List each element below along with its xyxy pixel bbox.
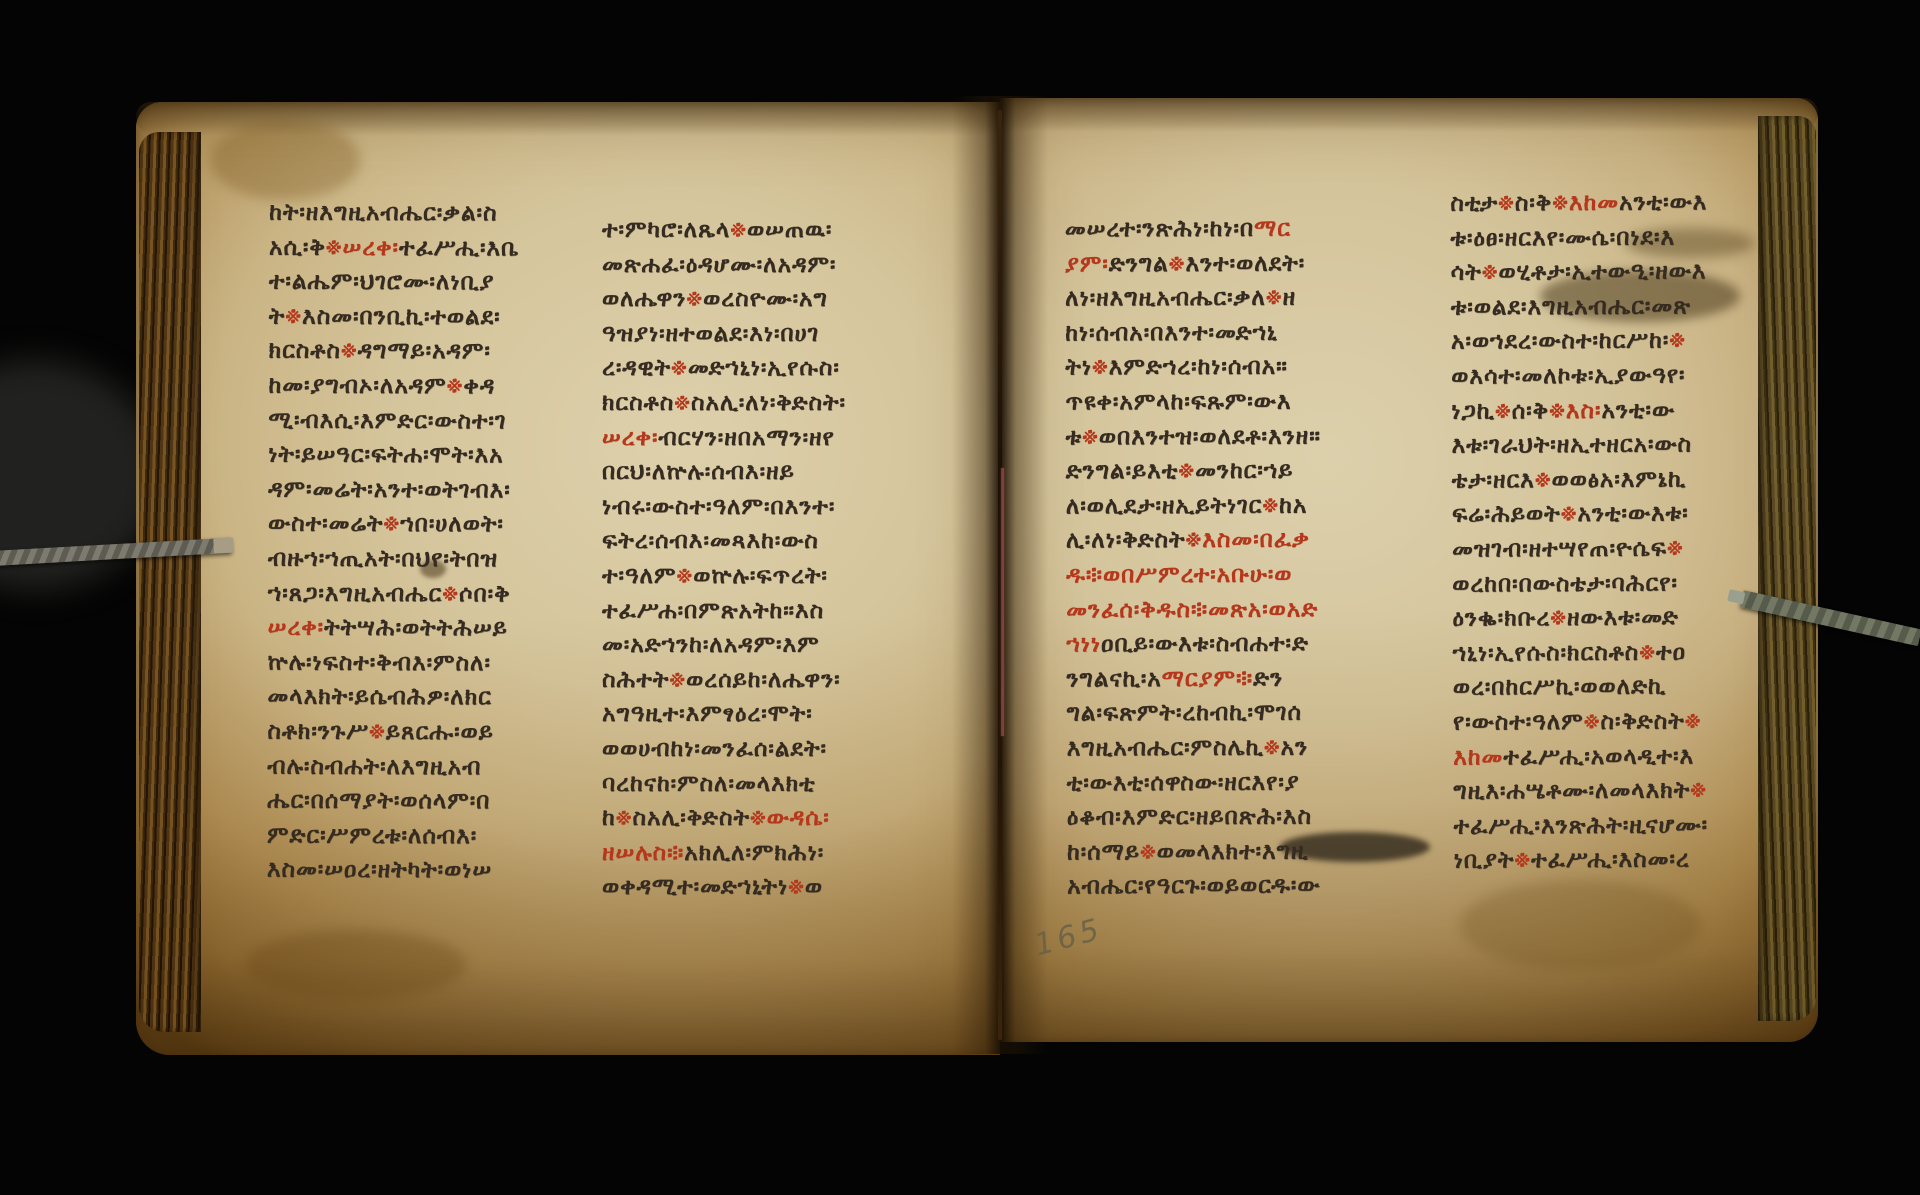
- black-ink-text: ወረከበ፡በውስቴታ፡ባሕርየ፡: [1452, 570, 1678, 597]
- text-line: ውስተ፡መሬት፠ኀበ፡ሀለወት፡: [268, 507, 519, 542]
- black-ink-text: ቱ፡ወልደ፡እግዚአብሔር፡መጽ: [1451, 293, 1691, 320]
- black-ink-text: ቱ: [1066, 424, 1083, 450]
- black-ink-text: ወመላእክተ፡እግዚ: [1157, 838, 1309, 865]
- black-ink-text: ተፈሥሒ፡እንጽሕት፡ዚናሆሙ፡: [1453, 812, 1708, 839]
- black-ink-text: ብሉ፡ስብሐት፡ለእግዚአብ: [267, 753, 481, 780]
- black-ink-text: ንግልናኪ፡አ: [1066, 666, 1161, 692]
- black-ink-text: ወሠጠዉ፡: [747, 217, 832, 243]
- rubric-red-ink: ፠: [1550, 605, 1567, 631]
- text-line: ፍሬ፡ሕይወት፠አንቲ፡ውእቱ፡: [1452, 497, 1709, 533]
- black-ink-text: ዕቆብ፡እምድር፡ዘይበጽሕ፡እስ: [1067, 804, 1312, 831]
- black-ink-text: መዝገብ፡ዘተሣየጠ፡ዮሴፍ: [1452, 535, 1667, 562]
- right-page-column-1: መሠረተ፡ንጽሕነ፡ከነ፡በማርያም፡ድንግል፠እንተ፡ወለደት፡ለነ፡ዘእግዚ…: [1065, 212, 1323, 905]
- black-ink-text: ወረሰይከ፡ለሔዋን፡: [686, 667, 840, 693]
- black-ink-text: ወረ፡በከርሥኪ፡ወወለድኪ: [1453, 674, 1667, 701]
- text-line: ወረ፡በከርሥኪ፡ወወለድኪ: [1453, 670, 1710, 706]
- black-ink-text: እስመ፡በንቢኪ፡ተወልደ፡: [302, 303, 501, 330]
- black-ink-text: ተፈሥሐ፡በምጽአትከ።እስ: [602, 598, 824, 624]
- black-ink-text: ትትሣሕ፡ወትትሕሠይ: [324, 615, 508, 642]
- text-line: ድንግል፡ይእቲ፠መንከር፡ኀይ: [1066, 454, 1321, 489]
- black-ink-text: ሊ፡ለነ፡ቅድስት: [1066, 527, 1186, 553]
- black-ink-text: ት: [269, 303, 286, 329]
- text-line: ነቢያት፠ተፈሥሒ፡እስመ፡ረ: [1454, 843, 1711, 879]
- black-ink-text: ነቢያት: [1454, 848, 1515, 874]
- rubric-red-ink: ፠: [1082, 424, 1099, 450]
- black-ink-text: ከ፡ሰማይ: [1067, 839, 1140, 865]
- rubric-red-ink: ፠: [369, 719, 386, 745]
- black-ink-text: አሲ፡ቅ: [269, 234, 326, 260]
- black-ink-text: ወ: [805, 874, 823, 900]
- text-line: ብዙኀ፡ኀጢአት፡በህየ፡ትበዝ: [268, 542, 519, 577]
- text-line: ዘሠሉስ፨አክሊለ፡ምክሕነ፡: [602, 836, 846, 871]
- page-top-shadow: [136, 102, 1000, 136]
- rubric-red-ink: ፠: [1185, 527, 1202, 553]
- black-ink-text: ሚ፡ብእሲ፡እምድር፡ውስተ፡ገ: [268, 407, 506, 434]
- black-ink-text: አክሊለ፡ምክሕነ፡: [684, 840, 824, 866]
- black-ink-text: ይጸርሑ፡ወይ: [386, 719, 494, 745]
- black-ink-text: እንተ፡ወለደት፡: [1185, 250, 1305, 276]
- rubric-red-ink: ፠: [671, 355, 688, 381]
- text-line: ጥዩቀ፡አምላከ፡ፍጹም፡ውእ: [1065, 385, 1320, 420]
- text-line: ባረከናከ፡ምስለ፡መላእክቲ: [602, 767, 846, 802]
- black-ink-text: አብሔር፡የዓርጉ፡ወይወርዱ፡ው: [1067, 873, 1320, 900]
- black-ink-text: ዓዝያነ፡ዘተወልደ፡እነ፡በሀገ: [602, 321, 819, 347]
- black-ink-text: ወቀዳሚተ፡መድኀኒትነ: [602, 874, 788, 900]
- black-ink-text: ዘ: [1283, 285, 1297, 311]
- rubric-red-ink: ፠: [1262, 492, 1279, 518]
- left-page-column-1: ከት፡ዘእግዚአብሔር፡ቃል፡ስአሲ፡ቅ፠ሠረቀ፡ተፈሥሒ፡እቤተ፡ልሔም፡ህገ…: [267, 196, 520, 889]
- black-ink-text: ተ፡ልሔም፡ህገሮሙ፡ለነቢያ: [269, 269, 495, 296]
- black-ink-text: እስመ፡ሠዐረ፡ዘትካት፡ወነሠ: [267, 857, 492, 884]
- black-ink-text: ኀኒነ፡ኢየሱስ፡ክርስቶስ: [1453, 639, 1640, 666]
- black-ink-text: የ፡ውስተ፡ዓለም: [1453, 709, 1584, 736]
- rubric-red-ink: ፠: [1266, 285, 1283, 311]
- black-ink-text: ዐቢይ፡ውእቱ፡ስብሐተ፡ድ: [1101, 631, 1309, 658]
- rubric-red-ink: ፠: [1639, 639, 1656, 665]
- right-page-column-2: ስቲታ፠ስ፡ቅ፠እከመአንቲ፡ውእቱ፡ዕፀ፡ዘርእየ፡ሙሴ፡በነደ፡እሳት፠ወሂ…: [1450, 185, 1711, 878]
- text-line: ሳት፠ወሂቶታ፡ኢተውዒ፡ዘውእ: [1451, 255, 1708, 291]
- black-ink-text: ስአሊ፡ቅድስት: [632, 805, 750, 831]
- black-ink-text: ድንግል: [1109, 251, 1169, 277]
- rubric-red-ink: ፠: [341, 338, 358, 364]
- left-page-column-2: ተ፡ምካሮ፡ለጼላ፠ወሠጠዉ፡መጽሐፈ፡ዕዳሆሙ፡ለአዳም፡ወለሔዋን፠ወረስዮ…: [602, 213, 846, 905]
- text-line: ያም፡ድንግል፠እንተ፡ወለደት፡: [1065, 246, 1320, 281]
- black-ink-text: ወረስዮሙ፡አግ: [703, 286, 828, 312]
- text-line: ኀነነዐቢይ፡ውእቱ፡ስብሐተ፡ድ: [1066, 627, 1321, 662]
- black-ink-text: አንቲ፡ው: [1601, 397, 1675, 423]
- text-line: የ፡ውስተ፡ዓለም፠ስ፡ቅድስት፠: [1453, 704, 1710, 740]
- text-line: ቲ፡ውእቲ፡ሰዋስው፡ዘርእየ፡ያ: [1067, 765, 1322, 800]
- black-ink-text: ተ፡ምካሮ፡ለጼላ: [602, 217, 730, 243]
- text-line: ስሕተት፠ወረሰይከ፡ለሔዋን፡: [602, 663, 846, 698]
- rubric-red-ink: ፠: [1690, 777, 1707, 803]
- text-line: ወለሔዋን፠ወረስዮሙ፡አግ: [602, 282, 846, 317]
- black-ink-text: መንከር፡ኀይ: [1195, 458, 1293, 484]
- text-line: ኵሉ፡ነፍስተ፡ቅብእ፡ምስለ፡: [268, 645, 519, 680]
- rubric-red-ink: ፠: [1535, 467, 1552, 493]
- black-ink-text: ከ: [602, 805, 616, 831]
- black-ink-text: ለ፡ወሊደታ፡ዘኢይትነገር: [1066, 493, 1263, 520]
- text-line: ከነ፡ሰብአ፡በእንተ፡መድኀኒ: [1065, 315, 1320, 350]
- black-ink-text: ግዚእ፡ሐሤቶሙ፡ለመላእክት: [1453, 778, 1690, 805]
- black-ink-text: ምድር፡ሥምረቱ፡ለሰብእ፡: [267, 822, 477, 849]
- rubric-red-ink: ፠ውዳሴ፡: [750, 805, 830, 831]
- black-ink-text: ሳት: [1451, 260, 1482, 286]
- text-line: መ፡አድኀንከ፡ለአዳም፡እም: [602, 628, 846, 663]
- text-line: ኀኒነ፡ኢየሱስ፡ክርስቶስ፠ተዐ: [1453, 635, 1710, 671]
- black-ink-text: ጥዩቀ፡አምላከ፡ፍጹም፡ውእ: [1065, 389, 1291, 416]
- text-line: መዝገብ፡ዘተሣየጠ፡ዮሴፍ፠: [1452, 531, 1709, 567]
- black-ink-text: ዳም፡መሬት፡አንተ፡ወትገብእ፡: [268, 476, 511, 503]
- black-ink-text: ግል፡ፍጽምት፡ረከብኪ፡ሞገሰ: [1066, 700, 1301, 727]
- rubric-red-ink: ፠: [285, 303, 302, 329]
- text-line: ተ፡ምካሮ፡ለጼላ፠ወሠጠዉ፡: [602, 213, 846, 248]
- rubric-red-ink: ፠: [676, 563, 693, 589]
- text-line: ስቲታ፠ስ፡ቅ፠እከመአንቲ፡ውእ: [1450, 185, 1707, 221]
- text-line: ሔር፡በሰማያት፡ወሰላም፡በ: [267, 784, 518, 819]
- rubric-red-ink: ፠: [1178, 458, 1195, 484]
- black-ink-text: ከአ: [1279, 492, 1307, 518]
- black-ink-text: ወበእንተዝ፡ወለደቶ፡እንዘ።: [1099, 423, 1321, 450]
- rubric-red-ink: ፠: [1669, 328, 1686, 354]
- rubric-red-ink: ዘሠሉስ፨: [602, 840, 684, 866]
- text-line: ት፠እስመ፡በንቢኪ፡ተወልደ፡: [269, 299, 520, 334]
- black-ink-text: መላእክት፡ይሴብሕዎ፡ለክር: [267, 684, 492, 711]
- rubric-red-ink: ፠: [788, 874, 805, 900]
- black-ink-text: ስአሊ፡ለነ፡ቅድስት፡: [691, 390, 846, 416]
- text-line: ወቀዳሚተ፡መድኀኒትነ፠ወ: [602, 870, 846, 905]
- text-line: ዳም፡መሬት፡አንተ፡ወትገብእ፡: [268, 472, 519, 507]
- black-ink-text: ተ፡ዓለም: [602, 563, 676, 589]
- rubric-red-ink: ፠: [1498, 190, 1515, 216]
- rubric-red-ink: ፠: [1264, 735, 1281, 761]
- page-top-shadow: [1000, 98, 1818, 132]
- black-ink-text: ለነ፡ዘእግዚአብሔር፡ቃለ: [1065, 285, 1266, 312]
- black-ink-text: ስ፡ቅድስት: [1600, 708, 1684, 734]
- black-ink-text: ተፈሥሒ፡እስመ፡ረ: [1531, 847, 1690, 874]
- black-ink-text: ብርሃን፡ዘበአማን፡ዘየ: [658, 425, 834, 451]
- rubric-red-ink: ማር: [1254, 216, 1291, 242]
- text-line: ወእሳተ፡መለኮቱ፡ኢያውዓየ፡: [1451, 358, 1708, 394]
- black-ink-text: ብዙኀ፡ኀጢአት፡በህየ፡ትበዝ: [268, 546, 498, 573]
- rubric-red-ink: ሠረቀ፡: [602, 425, 658, 451]
- rubric-red-ink: እስመ፡በፈቃ: [1202, 527, 1310, 553]
- text-line: ዕቆብ፡እምድር፡ዘይበጽሕ፡እስ: [1067, 800, 1322, 835]
- text-line: ተፈሥሒ፡እንጽሕት፡ዚናሆሙ፡: [1453, 808, 1710, 844]
- black-ink-text: ከት፡ዘእግዚአብሔር፡ቃል፡ስ: [269, 200, 497, 227]
- text-line: ለነ፡ዘእግዚአብሔር፡ቃለ፠ዘ: [1065, 281, 1320, 316]
- text-line: ሊ፡ለነ፡ቅድስት፠እስመ፡በፈቃ: [1066, 523, 1321, 558]
- text-line: ተፈሥሐ፡በምጽአትከ።እስ: [602, 594, 846, 629]
- black-ink-text: ወወፅአ፡እምኔኪ: [1551, 466, 1686, 493]
- black-ink-text: ፍሬ፡ሕይወት: [1452, 501, 1561, 528]
- rubric-red-ink: ፠: [442, 581, 459, 607]
- text-line: ነት፡ይሠዓር፡ፍትሐ፡ሞት፡እአ: [268, 438, 519, 473]
- black-ink-text: ተፈሥሒ፡አወላዲተ፡እ: [1503, 743, 1694, 770]
- rubric-red-ink: ፠: [1514, 848, 1531, 874]
- rubric-red-ink: ፠እስ፡: [1549, 397, 1601, 423]
- text-line: ረ፡ዳዊት፠መድኀኒነ፡ኢየሱስ፡: [602, 351, 846, 386]
- rubric-red-ink: ፠: [1667, 535, 1684, 561]
- black-ink-text: ኵሉ፡ነፍስተ፡ቅብእ፡ምስለ፡: [268, 649, 491, 676]
- text-line: ነጋኪ፠ሰ፡ቅ፠እስ፡አንቲ፡ው: [1451, 393, 1708, 429]
- text-line: ወረከበ፡በውስቴታ፡ባሕርየ፡: [1452, 566, 1709, 602]
- text-line: ወወሀብከነ፡መንፈሰ፡ልደት፡: [602, 732, 846, 767]
- rubric-red-ink: ፠: [1169, 251, 1186, 277]
- black-ink-text: ወለሔዋን: [602, 286, 686, 312]
- binding-thread: [1001, 468, 1004, 736]
- black-ink-text: እቱ፡ገራህት፡ዘኢተዘርአ፡ውስ: [1451, 432, 1692, 459]
- black-ink-text: ውስተ፡መሬት: [268, 511, 383, 537]
- black-ink-text: አግዓዚተ፡እምፃዕረ፡ሞት፡: [602, 701, 813, 727]
- black-ink-text: ፍትረ፡ሰብእ፡መጻእከ፡ውስ: [602, 528, 819, 554]
- black-ink-text: ዕንቈ፡ክቡረ: [1452, 605, 1550, 632]
- text-line: ፍትረ፡ሰብእ፡መጻእከ፡ውስ: [602, 524, 846, 559]
- rubric-red-ink: ፠: [1584, 709, 1601, 735]
- rubric-red-ink: ፠: [383, 511, 400, 537]
- rubric-red-ink: ፠: [1561, 501, 1578, 527]
- text-line: ዱ፨ወበሥምረተ፡አቡሁ፡ወ: [1066, 557, 1321, 592]
- rubric-red-ink: ፠: [1482, 260, 1499, 286]
- text-line: ለ፡ወሊደታ፡ዘኢይትነገር፠ከአ: [1066, 488, 1321, 523]
- black-ink-text: አንቲ፡ውእ: [1619, 189, 1707, 215]
- black-ink-text: አን: [1281, 735, 1309, 761]
- black-ink-text: ስሕተት: [602, 667, 669, 693]
- black-ink-text: ነጋኪ: [1451, 398, 1495, 424]
- black-ink-text: ከነ፡ሰብአ፡በእንተ፡መድኀኒ: [1065, 319, 1278, 346]
- text-line: በርህ፡ለኵሉ፡ሰብእ፡ዘይ: [602, 455, 846, 490]
- rubric-red-ink: ፠: [686, 286, 703, 312]
- text-line: ቱ፠ወበእንተዝ፡ወለደቶ፡እንዘ።: [1066, 419, 1321, 454]
- black-ink-text: ሰ፡ቅ: [1512, 398, 1550, 424]
- black-ink-text: ኀ፡ጸጋ፡እግዚአብሔር: [268, 580, 443, 607]
- text-line: ክርስቶስ፠ስአሊ፡ለነ፡ቅድስት፡: [602, 386, 846, 421]
- black-ink-text: ወሂቶታ፡ኢተውዒ፡ዘውእ: [1498, 259, 1706, 286]
- black-ink-text: እግዚአብሔር፡ምስሌኪ: [1067, 735, 1264, 762]
- black-ink-text: ድንግል፡ይእቲ: [1066, 458, 1179, 484]
- text-line: ሚ፡ብእሲ፡እምድር፡ውስተ፡ገ: [268, 403, 519, 438]
- text-line: ዓዝያነ፡ዘተወልደ፡እነ፡በሀገ: [602, 317, 846, 352]
- black-ink-text: ባረከናከ፡ምስለ፡መላእክቲ: [602, 771, 816, 797]
- black-ink-text: አንቲ፡ውእቱ፡: [1577, 501, 1688, 528]
- rubric-red-ink: ያም፡: [1065, 251, 1109, 277]
- text-line: እቱ፡ገራህት፡ዘኢተዘርአ፡ውስ: [1451, 427, 1708, 463]
- text-line: ስቶክ፡ንጉሥ፠ይጸርሑ፡ወይ: [267, 714, 518, 749]
- text-line: አግዓዚተ፡እምፃዕረ፡ሞት፡: [602, 697, 846, 732]
- text-line: አሲ፡ቅ፠ሠረቀ፡ተፈሥሒ፡እቤ: [269, 230, 520, 265]
- black-ink-text: መ፡አድኀንከ፡ለአዳም፡እም: [602, 632, 820, 658]
- black-ink-text: ነብሩ፡ውስተ፡ዓለም፡በእንተ፡: [602, 494, 835, 520]
- text-line: ተ፡ልሔም፡ህገሮሙ፡ለነቢያ: [269, 265, 520, 300]
- black-ink-text: ወኵሉ፡ፍጥረት፡: [693, 563, 828, 589]
- text-line: ነብሩ፡ውስተ፡ዓለም፡በእንተ፡: [602, 490, 846, 525]
- left-page: [136, 102, 1000, 1055]
- black-ink-text: በርህ፡ለኵሉ፡ሰብእ፡ዘይ: [602, 459, 795, 485]
- text-line: ዕንቈ፡ክቡረ፠ዘውእቱ፡መድ: [1452, 600, 1709, 636]
- text-line: ኀ፡ጸጋ፡እግዚአብሔር፠ሶበ፡ቅ: [268, 576, 519, 611]
- black-ink-text: ስቶክ፡ንጉሥ: [267, 718, 369, 744]
- black-ink-text: ስቲታ: [1450, 190, 1498, 216]
- rubric-red-ink: ፠እከመ: [1552, 190, 1619, 216]
- text-line: መንፈሰ፡ቅዱስ፨መጽአ፡ወአድ: [1066, 592, 1321, 627]
- rubric-red-ink: ፠: [1495, 398, 1512, 424]
- text-line: ተ፡ዓለም፠ወኵሉ፡ፍጥረት፡: [602, 559, 846, 594]
- text-line: ቴታ፡ዘርእ፠ወወፅአ፡እምኔኪ: [1452, 462, 1709, 498]
- black-ink-text: ረ፡ዳዊት: [602, 355, 671, 381]
- text-line: አ፡ወኀደረ፡ውስተ፡ከርሥከ፡፠: [1451, 324, 1708, 360]
- black-ink-text: ነት፡ይሠዓር፡ፍትሐ፡ሞት፡እአ: [268, 442, 503, 469]
- black-ink-text: ቲ፡ውእቲ፡ሰዋስው፡ዘርእየ፡ያ: [1067, 769, 1300, 796]
- black-ink-text: ከመ፡ያግብኦ፡ለአዳም: [268, 373, 446, 400]
- black-ink-text: ዳግማይ፡አዳም፡: [358, 338, 491, 364]
- text-line: ቱ፡ዕፀ፡ዘርእየ፡ሙሴ፡በነደ፡እ: [1450, 220, 1707, 256]
- text-line: እስመ፡ሠዐረ፡ዘትካት፡ወነሠ: [267, 853, 518, 888]
- page-bottom-discoloration: [136, 617, 1000, 1055]
- black-ink-text: መጽሐፈ፡ዕዳሆሙ፡ለአዳም፡: [602, 252, 836, 278]
- rubric-red-ink: ፠: [730, 217, 747, 243]
- black-ink-text: አ፡ወኀደረ፡ውስተ፡ከርሥከ፡: [1451, 328, 1669, 355]
- text-line: ከ፠ስአሊ፡ቅድስት፠ውዳሴ፡: [602, 801, 846, 836]
- text-line: ክርስቶስ፠ዳግማይ፡አዳም፡: [269, 334, 520, 369]
- text-line: ግል፡ፍጽምት፡ረከብኪ፡ሞገሰ: [1066, 696, 1321, 731]
- black-ink-text: ወወሀብከነ፡መንፈሰ፡ልደት፡: [602, 736, 827, 762]
- black-ink-text: ቱ፡ዕፀ፡ዘርእየ፡ሙሴ፡በነደ፡እ: [1450, 224, 1675, 251]
- text-line: መላእክት፡ይሴብሕዎ፡ለክር: [267, 680, 518, 715]
- text-line: ንግልናኪ፡አማርያም፨ድን: [1066, 661, 1321, 696]
- black-ink-text: ቴታ፡ዘርእ: [1452, 467, 1535, 493]
- manuscript-photo: ከት፡ዘእግዚአብሔር፡ቃል፡ስአሲ፡ቅ፠ሠረቀ፡ተፈሥሒ፡እቤተ፡ልሔም፡ህገ…: [0, 0, 1920, 1195]
- text-line: ከመ፡ያግብኦ፡ለአዳም፠ቀዳ: [268, 369, 519, 404]
- text-line: መሠረተ፡ንጽሕነ፡ከነ፡በማር: [1065, 212, 1320, 247]
- black-ink-text: ቀዳ: [463, 373, 495, 399]
- rubric-red-ink: ፠: [1140, 839, 1157, 865]
- rubric-red-ink: ፠ሠረቀ፡: [326, 234, 399, 260]
- text-line: ብሉ፡ስብሐት፡ለእግዚአብ: [267, 749, 518, 784]
- rubric-red-ink: ኀነነ: [1066, 631, 1101, 657]
- text-line: ትነ፠እምድኀረ፡ከነ፡ሰብአ።: [1065, 350, 1320, 385]
- rubric-red-ink: እከመ: [1453, 744, 1503, 770]
- rubric-red-ink: ፠: [447, 373, 464, 399]
- rubric-red-ink: ዱ፨ወበሥምረተ፡አቡሁ፡ወ: [1066, 562, 1292, 589]
- black-ink-text: ተዐ: [1656, 639, 1686, 665]
- text-line: ከት፡ዘእግዚአብሔር፡ቃል፡ስ: [269, 196, 520, 231]
- black-ink-text: ሔር፡በሰማያት፡ወሰላም፡በ: [267, 788, 490, 815]
- text-line: እግዚአብሔር፡ምስሌኪ፠አን: [1067, 730, 1322, 765]
- rubric-red-ink: ማርያም፨: [1162, 666, 1253, 692]
- text-line: መጽሐፈ፡ዕዳሆሙ፡ለአዳም፡: [602, 248, 846, 283]
- rubric-red-ink: ሠረቀ፡: [268, 615, 325, 641]
- black-ink-text: ክርስቶስ: [269, 338, 341, 364]
- rubric-red-ink: ፠: [1092, 355, 1109, 381]
- text-line: ሠረቀ፡ትትሣሕ፡ወትትሕሠይ: [268, 611, 519, 646]
- rubric-red-ink: ፠: [1685, 708, 1702, 734]
- black-ink-text: ወእሳተ፡መለኮቱ፡ኢያውዓየ፡: [1451, 362, 1685, 389]
- black-ink-text: ኀበ፡ሀለወት፡: [400, 511, 504, 537]
- black-ink-text: መድኀኒነ፡ኢየሱስ፡: [688, 355, 840, 381]
- black-ink-text: ተፈሥሒ፡እቤ: [399, 235, 520, 261]
- black-ink-text: ሶበ፡ቅ: [459, 581, 511, 607]
- text-line: ግዚእ፡ሐሤቶሙ፡ለመላእክት፠: [1453, 773, 1710, 809]
- text-line: ቱ፡ወልደ፡እግዚአብሔር፡መጽ: [1451, 289, 1708, 325]
- rubric-red-ink: መንፈሰ፡ቅዱስ፨መጽአ፡ወአድ: [1066, 596, 1318, 623]
- text-line: አብሔር፡የዓርጉ፡ወይወርዱ፡ው: [1067, 869, 1322, 904]
- black-ink-text: ዘውእቱ፡መድ: [1567, 605, 1679, 632]
- text-line: ሠረቀ፡ብርሃን፡ዘበአማን፡ዘየ: [602, 421, 846, 456]
- black-ink-text: ስ፡ቅ: [1515, 190, 1553, 216]
- rubric-red-ink: ፠: [674, 390, 691, 416]
- text-line: ከ፡ሰማይ፠ወመላእክተ፡እግዚ: [1067, 834, 1322, 869]
- black-ink-text: መሠረተ፡ንጽሕነ፡ከነ፡በ: [1065, 216, 1254, 243]
- rubric-red-ink: ፠: [616, 805, 633, 831]
- black-ink-text: ክርስቶስ: [602, 390, 674, 416]
- black-ink-text: ድን: [1253, 665, 1283, 691]
- rubric-red-ink: ፠: [669, 667, 686, 693]
- text-line: ምድር፡ሥምረቱ፡ለሰብእ፡: [267, 818, 518, 853]
- black-ink-text: እምድኀረ፡ከነ፡ሰብአ።: [1109, 354, 1288, 381]
- text-line: እከመተፈሥሒ፡አወላዲተ፡እ: [1453, 739, 1710, 775]
- black-ink-text: ትነ: [1065, 355, 1092, 381]
